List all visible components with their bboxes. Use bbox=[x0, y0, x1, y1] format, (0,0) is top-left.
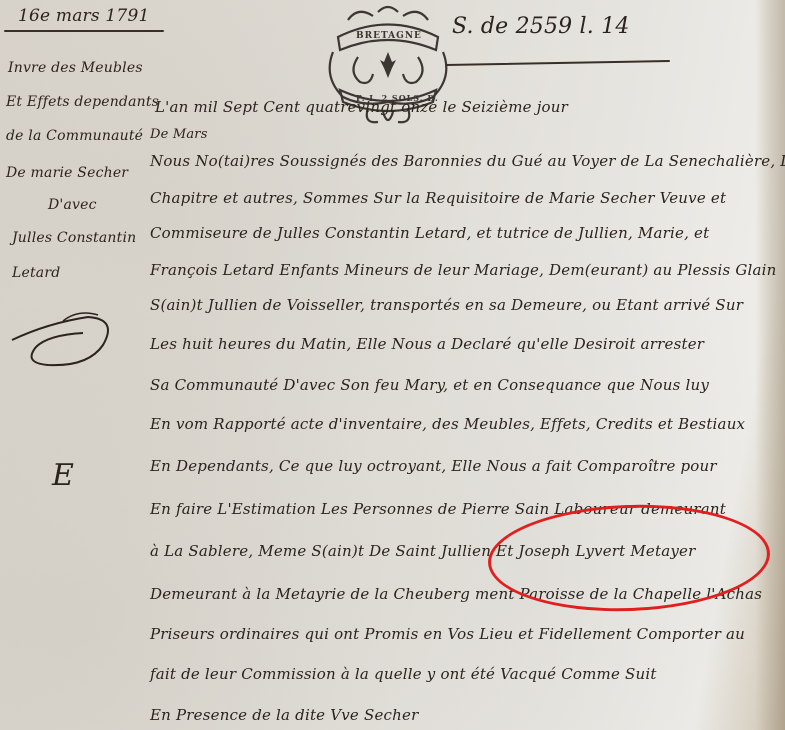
margin-note: D'avec bbox=[48, 197, 97, 213]
margin-note: Invre des Meubles bbox=[8, 60, 143, 76]
margin-note: Julles Constantin bbox=[12, 230, 136, 246]
stamp-top-text: BRETAGNE bbox=[356, 31, 422, 41]
body-line: De Mars bbox=[150, 127, 208, 142]
margin-note: de la Communauté bbox=[6, 128, 143, 144]
body-line: S(ain)t Jullien de Voisseller, transport… bbox=[150, 296, 743, 314]
body-line: Sa Communauté D'avec Son feu Mary, et en… bbox=[150, 376, 709, 394]
page-edge bbox=[755, 0, 785, 730]
margin-note: De marie Secher bbox=[6, 165, 128, 181]
body-line: En Presence de la dite Vve Secher bbox=[150, 706, 418, 724]
body-line: L'an mil Sept Cent quatrevingt onze le S… bbox=[155, 98, 568, 116]
paraph-flourish-icon bbox=[8, 305, 118, 375]
margin-note: Letard bbox=[12, 265, 60, 281]
body-line: Les huit heures du Matin, Elle Nous a De… bbox=[150, 335, 704, 353]
body-line: Priseurs ordinaires qui ont Promis en Vo… bbox=[150, 625, 745, 643]
body-line: En vom Rapporté acte d'inventaire, des M… bbox=[150, 415, 745, 433]
body-line: Commiseure de Julles Constantin Letard, … bbox=[150, 224, 709, 242]
total-amount: S. de 2559 l. 14 bbox=[452, 14, 630, 39]
body-line: Chapitre et autres, Sommes Sur la Requis… bbox=[150, 189, 726, 207]
body-line: Nous No(tai)res Soussignés des Baronnies… bbox=[150, 152, 785, 170]
body-line: En Dependants, Ce que luy octroyant, Ell… bbox=[150, 457, 717, 475]
body-line: François Letard Enfants Mineurs de leur … bbox=[150, 261, 777, 279]
header-date: 16e mars 1791 bbox=[18, 6, 149, 26]
margin-letter: E bbox=[52, 458, 74, 493]
body-line: fait de leur Commission à la quelle y on… bbox=[150, 665, 657, 683]
amount-underline bbox=[445, 60, 670, 66]
margin-note: Et Effets dependants bbox=[6, 94, 159, 110]
header-date-underline bbox=[4, 30, 164, 32]
